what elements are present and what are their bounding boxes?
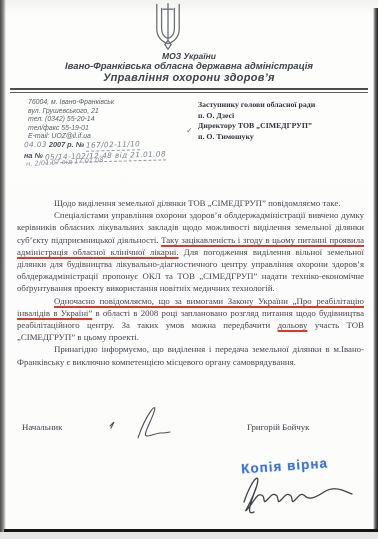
paragraph-text: Принагідно інформуємо, що виділення і пе… (17, 344, 364, 366)
sender-address-block: 76004, м. Івано-Франківськвул. Грушевськ… (28, 99, 178, 142)
paragraph-main: Спеціалістами управління охорони здоров’… (17, 209, 364, 294)
addressee-line: Директору ТОВ „СІМЕДГРУП” (198, 121, 374, 132)
red-underlined-text: дольову (278, 320, 308, 330)
signer-name: Григорій Бойчук (247, 422, 309, 432)
scan-below-edge (0, 532, 378, 539)
letterhead-header: МОЗ України Івано-Франківська обласна де… (0, 51, 378, 85)
sender-address-line: тел. (0342) 55-20-14 (28, 116, 178, 125)
handwritten-date: 04.03 (24, 140, 47, 150)
ukraine-trident-emblem-icon (151, 2, 185, 50)
addressee-line: Заступнику голови обласної ради (198, 100, 374, 111)
paragraph-closing: Принагідно інформуємо, що виділення і пе… (17, 343, 364, 367)
ministry-name: МОЗ України (0, 51, 378, 61)
header-divider-bottom (10, 92, 368, 93)
date-row: 04.03 2007 р. № 167/02-11/10 (24, 140, 194, 151)
addressee-block: Заступнику голови обласної радип. О. Дзе… (198, 100, 374, 142)
department-name: Управління охорони здоров’я (0, 72, 378, 85)
printed-year: 2007 р. (49, 140, 74, 149)
addressee-line: п. О. Тимошуку (198, 132, 374, 143)
addressee-line: п. О. Дзесі (198, 111, 374, 122)
paragraph-text: Щодо виділення земельної ділянки ТОВ „СІ… (54, 198, 340, 208)
paragraph-subject: Щодо виділення земельної ділянки ТОВ „СІ… (17, 197, 364, 209)
reference-label: на № (24, 151, 43, 160)
letter-body: Щодо виділення земельної ділянки ТОВ „СІ… (17, 197, 364, 368)
sender-address-line: тел/факс 55-19-01 (28, 125, 178, 134)
scan-edge-right (373, 8, 378, 539)
sender-address-line: вул. Грушевського, 21 (28, 108, 178, 117)
sender-address-line: 76004, м. Івано-Франківськ (28, 99, 178, 108)
header-divider-top (10, 88, 368, 90)
paragraph-law: Одночасно повідомляємо, що за вимогами З… (17, 295, 364, 344)
administration-name: Івано-Франківська обласна державна адмін… (0, 61, 378, 72)
scanned-letter-page: МОЗ України Івано-Франківська обласна де… (0, 0, 378, 539)
checkmark-annotation: ✓ (186, 126, 193, 135)
signature-scribble-icon (100, 398, 200, 444)
stamp-signature-scribble-icon (230, 460, 370, 520)
signer-title: Начальник (22, 422, 62, 432)
number-label: № (76, 140, 84, 149)
